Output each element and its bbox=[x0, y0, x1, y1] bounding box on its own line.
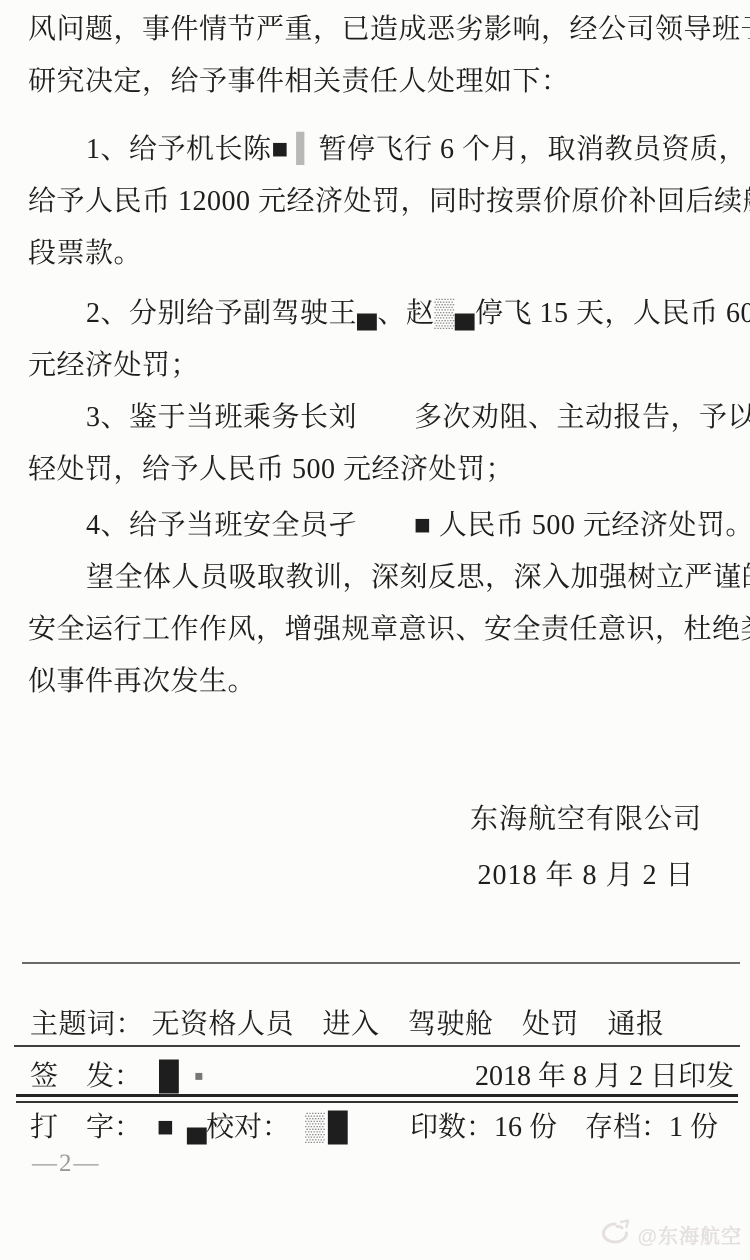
keywords-value: 无资格人员 进入 驾驶舱 处罚 通报 bbox=[152, 1009, 665, 1040]
signature-date: 2018 年 8 月 2 日 bbox=[448, 848, 724, 904]
signature-block: 东海航空有限公司 2018 年 8 月 2 日 bbox=[448, 792, 724, 904]
body-line: 研究决定，给予事件相关责任人处理如下： bbox=[28, 56, 740, 108]
page-number: —2— bbox=[32, 1150, 101, 1178]
issuer-label: 签 发： bbox=[30, 1061, 142, 1092]
document-page: 风问题，事件情节严重，已造成恶劣影响，经公司领导班子 研究决定，给予事件相关责任… bbox=[0, 0, 750, 1260]
typist-field: 打 字： ■ ▄ bbox=[30, 1106, 210, 1150]
body-line: 1、给予机长陈■ ▍暂停飞行 6 个月，取消教员资质， bbox=[28, 124, 740, 176]
divider bbox=[14, 1045, 740, 1047]
weibo-logo-icon bbox=[599, 1218, 637, 1251]
keywords-row: 主题词： 无资格人员 进入 驾驶舱 处罚 通报 bbox=[30, 1002, 665, 1042]
archive-count: 存档：1 份 bbox=[585, 1106, 718, 1150]
body-line: 安全运行工作作风，增强规章意识、安全责任意识，杜绝类 bbox=[28, 604, 740, 656]
typist-label: 打 字： bbox=[30, 1112, 142, 1143]
typist-row: 打 字： ■ ▄ 校对： ▒█ 印数：16 份 存档：1 份 bbox=[0, 1106, 750, 1150]
proofreader-redaction: ▒█ bbox=[305, 1112, 351, 1143]
watermark: @东海航空 bbox=[599, 1218, 742, 1251]
body-line: 轻处罚，给予人民币 500 元经济处罚； bbox=[28, 444, 740, 496]
body-line: 4、给予当班安全员孑 ■ 人民币 500 元经济处罚。 bbox=[28, 500, 740, 552]
proofreader-field: 校对： ▒█ bbox=[206, 1106, 351, 1150]
issuer-redaction: █ ▪ bbox=[159, 1061, 208, 1092]
body-line: 望全体人员吸取教训，深刻反思，深入加强树立严谨的 bbox=[28, 552, 740, 604]
copies-count: 印数：16 份 bbox=[410, 1106, 557, 1150]
keywords-label: 主题词： bbox=[30, 1009, 144, 1040]
watermark-handle: @东海航空 bbox=[637, 1220, 742, 1249]
body-line: 风问题，事件情节严重，已造成恶劣影响，经公司领导班子 bbox=[28, 4, 740, 56]
document-body: 风问题，事件情节严重，已造成恶劣影响，经公司领导班子 研究决定，给予事件相关责任… bbox=[28, 4, 740, 708]
body-line: 2、分别给予副驾驶王▄、赵▒▄停飞 15 天，人民币 6000 bbox=[28, 288, 740, 340]
body-line: 元经济处罚； bbox=[28, 340, 740, 392]
typist-redaction: ■ ▄ bbox=[157, 1112, 210, 1143]
body-line: 似事件再次发生。 bbox=[28, 656, 740, 708]
signature-company: 东海航空有限公司 bbox=[448, 792, 724, 848]
body-line: 给予人民币 12000 元经济处罚，同时按票价原价补回后续航 bbox=[28, 176, 740, 228]
issue-date: 2018 年 8 月 2 日印发 bbox=[475, 1056, 734, 1098]
issuer-row: 签 发： █ ▪ 2018 年 8 月 2 日印发 bbox=[30, 1056, 734, 1098]
divider bbox=[22, 962, 740, 964]
body-line: 3、鉴于当班乘务长刘 多次劝阻、主动报告，予以减 bbox=[28, 392, 740, 444]
proofreader-label: 校对： bbox=[206, 1112, 290, 1143]
body-line: 段票款。 bbox=[28, 228, 740, 280]
